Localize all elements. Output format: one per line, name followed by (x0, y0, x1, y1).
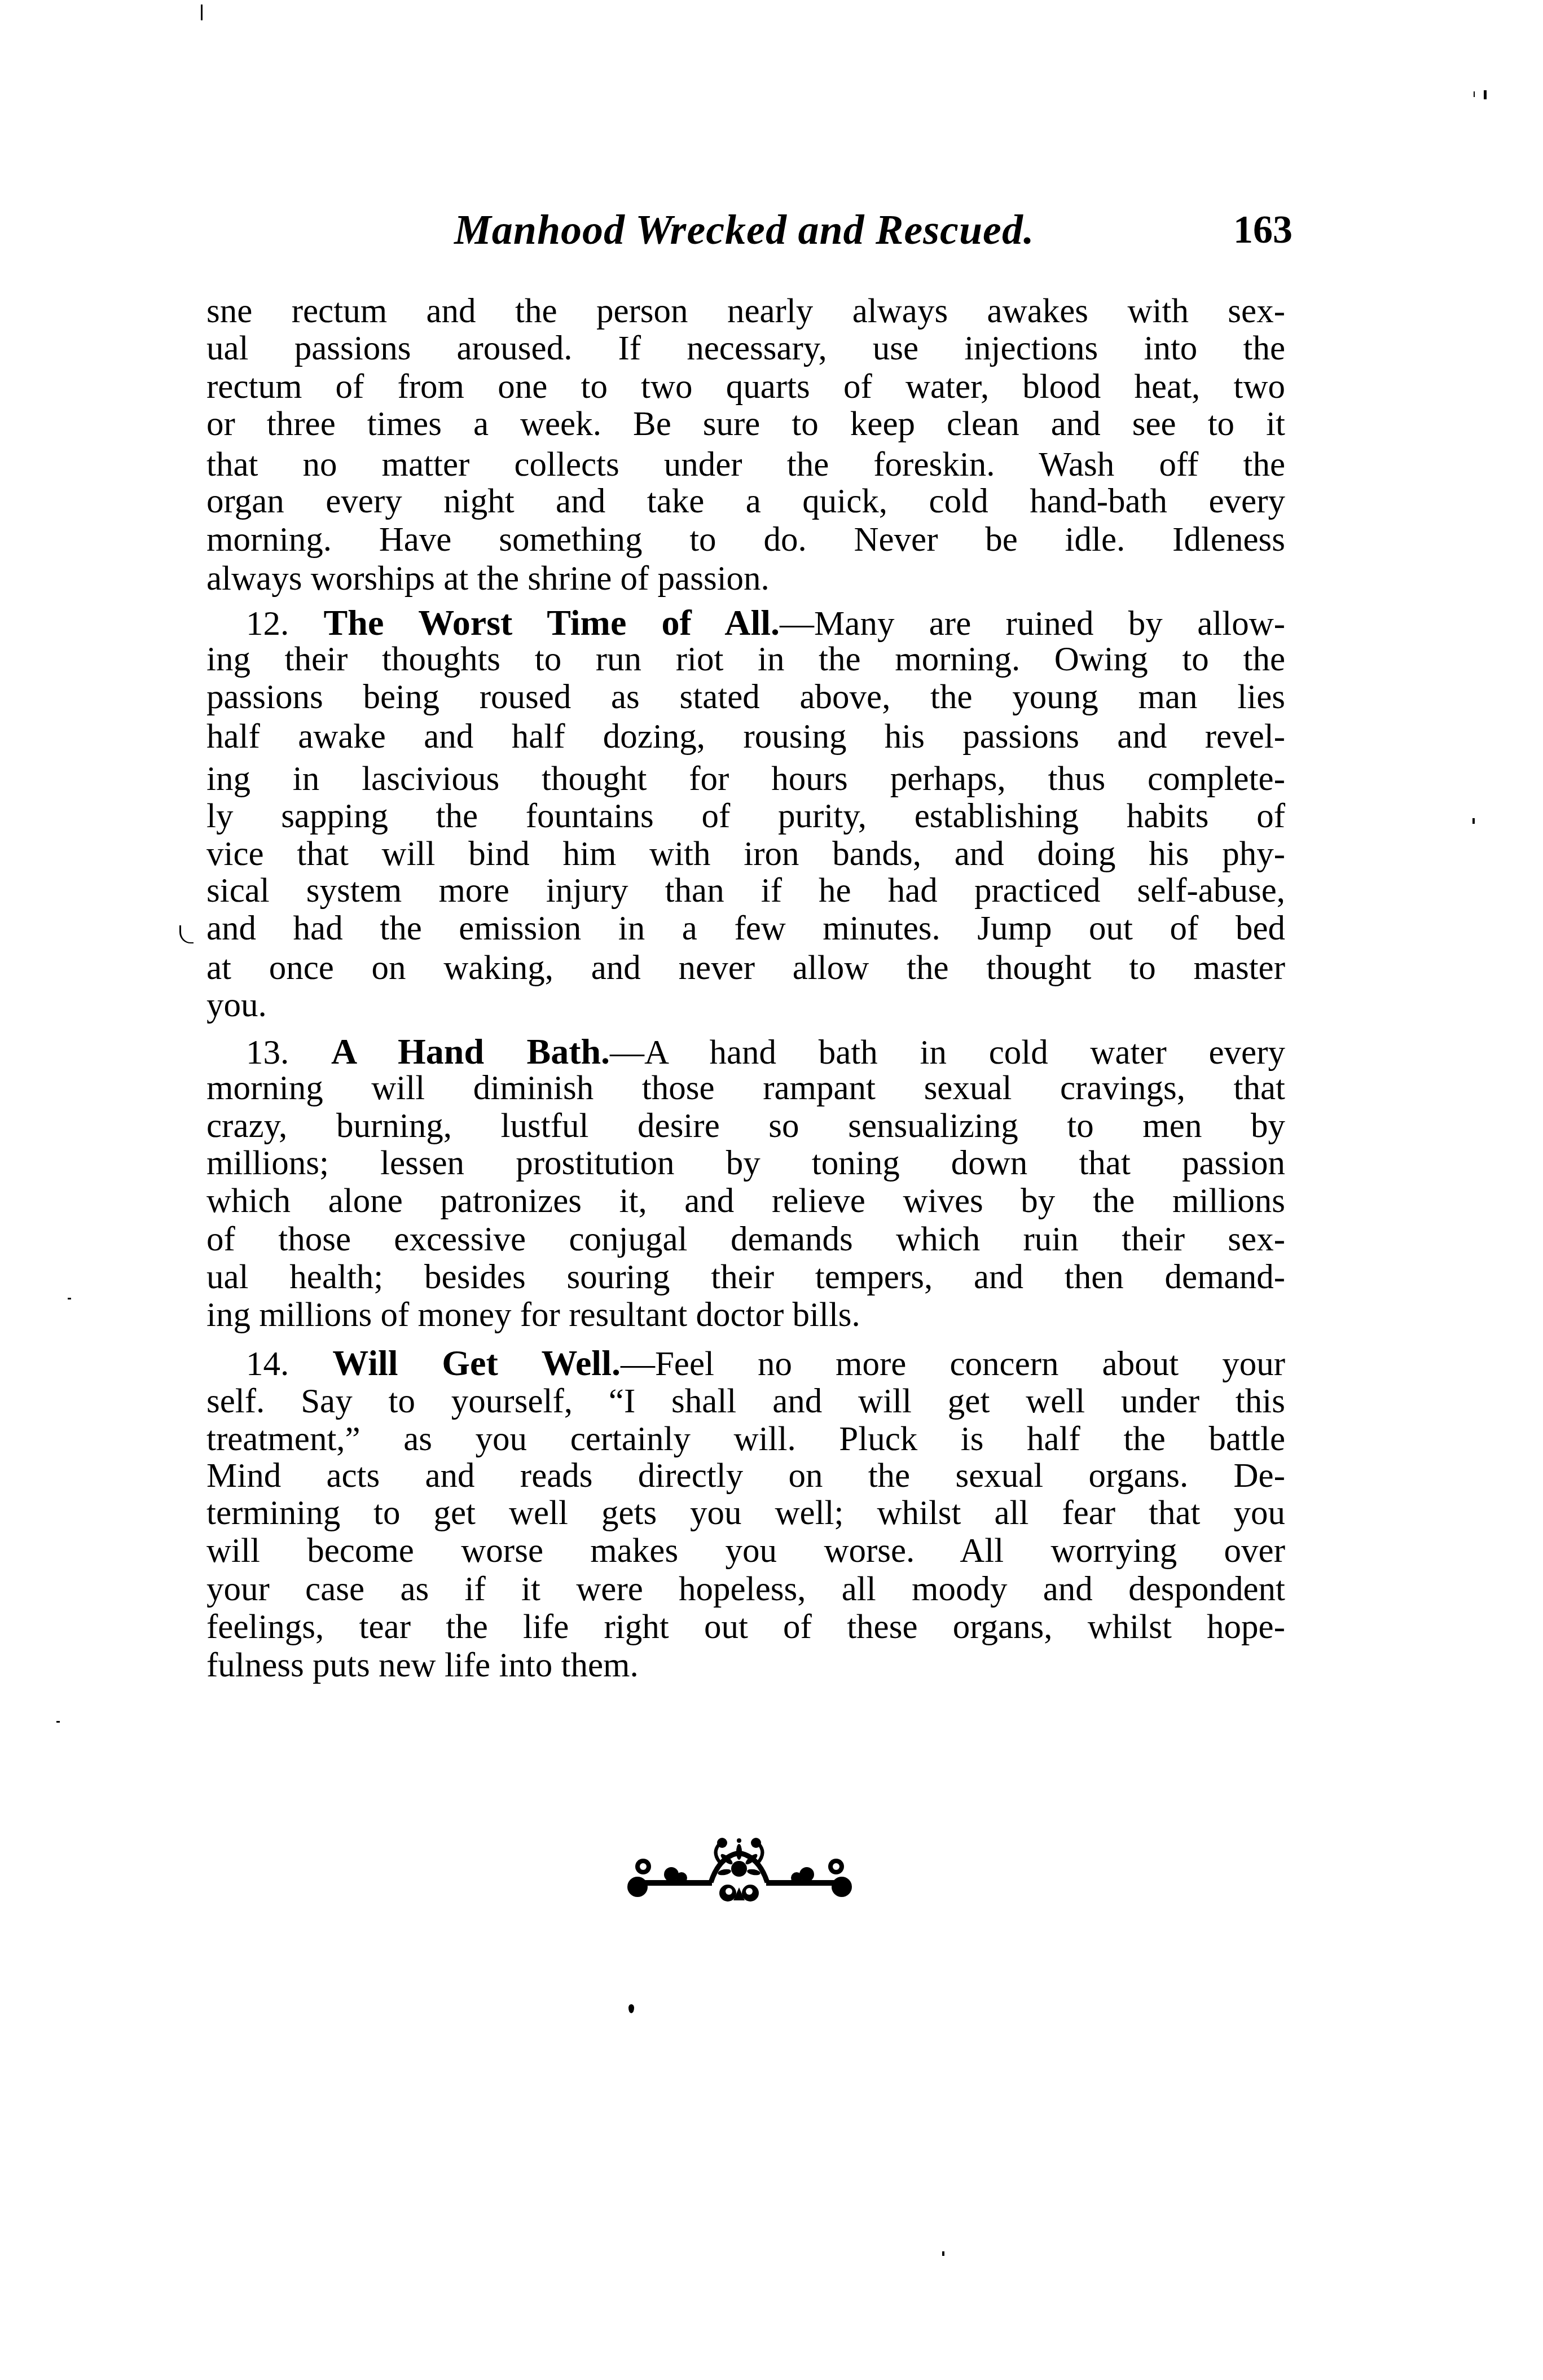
section-lead-text: —A hand bath in cold water every (610, 1034, 1285, 1072)
scan-speck (942, 2251, 944, 2256)
section-number: 13. (246, 1034, 289, 1072)
section-lead-text: —Many are ruined by allow- (780, 605, 1285, 643)
body-line: your case as if it were hopeless, all mo… (206, 1569, 1285, 1610)
stray-dot-mark (628, 2004, 634, 2013)
body-line: half awake and half dozing, rousing his … (206, 717, 1285, 757)
body-line: termining to get well gets you well; whi… (206, 1493, 1285, 1534)
section-14-heading-line: 14. Will Get Well.—Feel no more concern … (246, 1343, 1285, 1384)
body-line: self. Say to yourself, “I shall and will… (206, 1381, 1285, 1422)
body-line: treatment,” as you certainly will. Pluck… (206, 1419, 1285, 1460)
scan-speck (56, 1721, 60, 1723)
body-line: feelings, tear the life right out of the… (206, 1607, 1285, 1648)
body-line: which alone patronizes it, and relieve w… (206, 1181, 1285, 1222)
scan-speck (201, 5, 203, 20)
body-line: sical system more injury than if he had … (206, 871, 1285, 911)
section-number: 12. (246, 605, 289, 643)
book-page: Manhood Wrecked and Rescued. 163 sne rec… (0, 0, 1543, 2380)
body-line: always worships at the shrine of passion… (206, 559, 1285, 599)
section-title: A Hand Bath. (331, 1031, 610, 1072)
section-title: The Worst Time of All. (324, 603, 780, 643)
section-13-heading-line: 13. A Hand Bath.—A hand bath in cold wat… (246, 1031, 1285, 1072)
scan-speck (1472, 818, 1475, 824)
body-line: at once on waking, and never allow the t… (206, 948, 1285, 989)
body-line: ual passions aroused. If necessary, use … (206, 328, 1285, 369)
running-header-title: Manhood Wrecked and Rescued. (454, 208, 1034, 253)
body-line: morning. Have something to do. Never be … (206, 520, 1285, 560)
body-line: Mind acts and reads directly on the sexu… (206, 1456, 1285, 1496)
margin-bracket-mark (179, 925, 194, 943)
body-line: fulness puts new life into them. (206, 1645, 1285, 1686)
body-line: and had the emission in a few minutes. J… (206, 908, 1285, 949)
section-title: Will Get Well. (332, 1343, 621, 1383)
scan-speck (68, 1298, 71, 1299)
body-line: rectum of from one to two quarts of wate… (206, 367, 1285, 407)
body-line: will become worse makes you worse. All w… (206, 1531, 1285, 1571)
body-line: morning will diminish those rampant sexu… (206, 1068, 1285, 1109)
body-line: ual health; besides souring their temper… (206, 1257, 1285, 1298)
page-number: 163 (1233, 208, 1293, 253)
fleuron-ornament-icon (621, 1834, 858, 1907)
section-number: 14. (246, 1345, 289, 1383)
body-line: of those excessive conjugal demands whic… (206, 1219, 1285, 1260)
scan-speck (1484, 90, 1487, 99)
body-line: vice that will bind him with iron bands,… (206, 834, 1285, 875)
body-line: ing their thoughts to run riot in the mo… (206, 639, 1285, 680)
body-line: sne rectum and the person nearly always … (206, 291, 1285, 332)
body-line: ing in lascivious thought for hours perh… (206, 759, 1285, 800)
scan-speck (1474, 91, 1475, 97)
body-line: ly sapping the fountains of purity, esta… (206, 796, 1285, 837)
body-line: that no matter collects under the foresk… (206, 445, 1285, 485)
body-line: organ every night and take a quick, cold… (206, 481, 1285, 522)
section-lead-text: —Feel no more concern about your (621, 1345, 1285, 1383)
body-line: millions; lessen prostitution by toning … (206, 1143, 1285, 1184)
body-line: ing millions of money for resultant doct… (206, 1295, 1285, 1336)
body-line: crazy, burning, lustful desire so sensua… (206, 1106, 1285, 1147)
body-line: or three times a week. Be sure to keep c… (206, 404, 1285, 445)
section-12-heading-line: 12. The Worst Time of All.—Many are ruin… (246, 603, 1285, 643)
body-line: you. (206, 985, 1285, 1026)
body-line: passions being roused as stated above, t… (206, 677, 1285, 718)
